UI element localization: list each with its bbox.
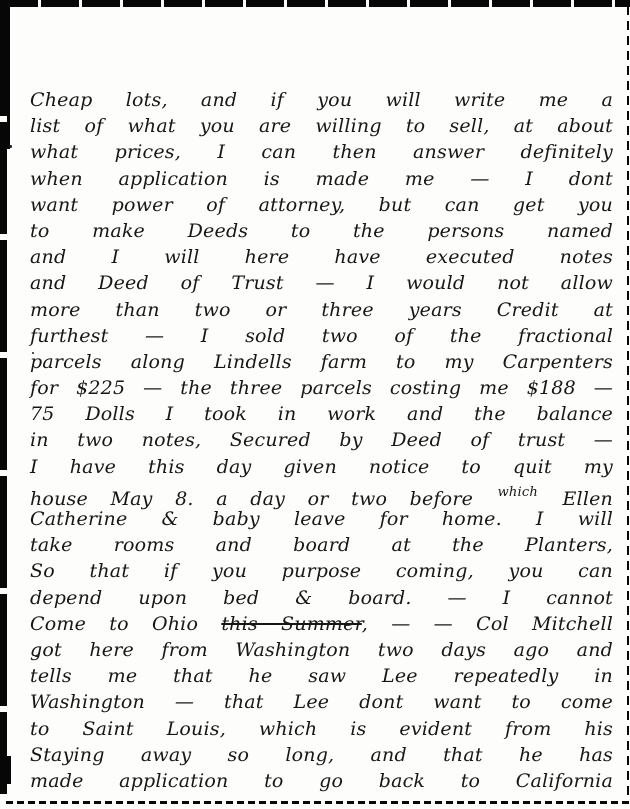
letter-line: So that if you purpose coming, you can (30, 558, 613, 584)
letter-line: Washington — that Lee dont want to come (30, 689, 613, 715)
letter-line: what prices, I can then answer definitel… (30, 139, 613, 165)
letter-line: to Saint Louis, which is evident from hi… (30, 716, 613, 742)
letter-line: I have this day given notice to quit my (30, 454, 613, 480)
letter-line: want power of attorney, but can get you (30, 192, 613, 218)
letter-line-text: , — — Col Mitchell (362, 613, 613, 635)
letter-line: to make Deeds to the persons named (30, 218, 613, 244)
letter-page: Cheap lots, and if you will write me a l… (0, 0, 630, 809)
letter-line: made application to go back to Californi… (30, 768, 613, 794)
letter-line: and Deed of Trust — I would not allow (30, 270, 613, 296)
scan-edge-left (0, 4, 7, 794)
struck-out-text: this Summer (221, 613, 361, 635)
letter-line: for $225 — the three parcels costing me … (30, 375, 613, 401)
letter-line-with-insertion: house May 8. a day or two before which E… (30, 480, 613, 506)
letter-line: got here from Washington two days ago an… (30, 637, 613, 663)
letter-line: tells me that he saw Lee repeatedly in (30, 663, 613, 689)
scan-edge-bottom (6, 801, 630, 804)
letter-line: depend upon bed & board. — I cannot (30, 585, 613, 611)
letter-body: Cheap lots, and if you will write me a l… (30, 87, 613, 794)
letter-line: in two notes, Secured by Deed of trust — (30, 427, 613, 453)
letter-line-text: Come to Ohio (30, 613, 221, 635)
letter-line: when application is made me — I dont (30, 166, 613, 192)
letter-line: list of what you are willing to sell, at… (30, 113, 613, 139)
letter-line: parcels along Lindells farm to my Carpen… (30, 349, 613, 375)
letter-line: Staying away so long, and that he has (30, 742, 613, 768)
letter-line: and I will here have executed notes (30, 244, 613, 270)
letter-line: more than two or three years Credit at (30, 297, 613, 323)
ink-speck (9, 145, 12, 148)
letter-line: Catherine & baby leave for home. I will (30, 506, 613, 532)
scan-edge-top (0, 0, 630, 7)
ink-speck (35, 655, 38, 657)
letter-line: Cheap lots, and if you will write me a (30, 87, 613, 113)
letter-line: 75 Dolls I took in work and the balance (30, 401, 613, 427)
letter-line-with-strikethrough: Come to Ohio this Summer, — — Col Mitche… (30, 611, 613, 637)
letter-line: take rooms and board at the Planters, (30, 532, 613, 558)
scan-edge-right (627, 6, 629, 799)
letter-line: furthest — I sold two of the fractional (30, 323, 613, 349)
inserted-word-above-line: which (498, 485, 538, 500)
ink-speck (32, 352, 34, 354)
